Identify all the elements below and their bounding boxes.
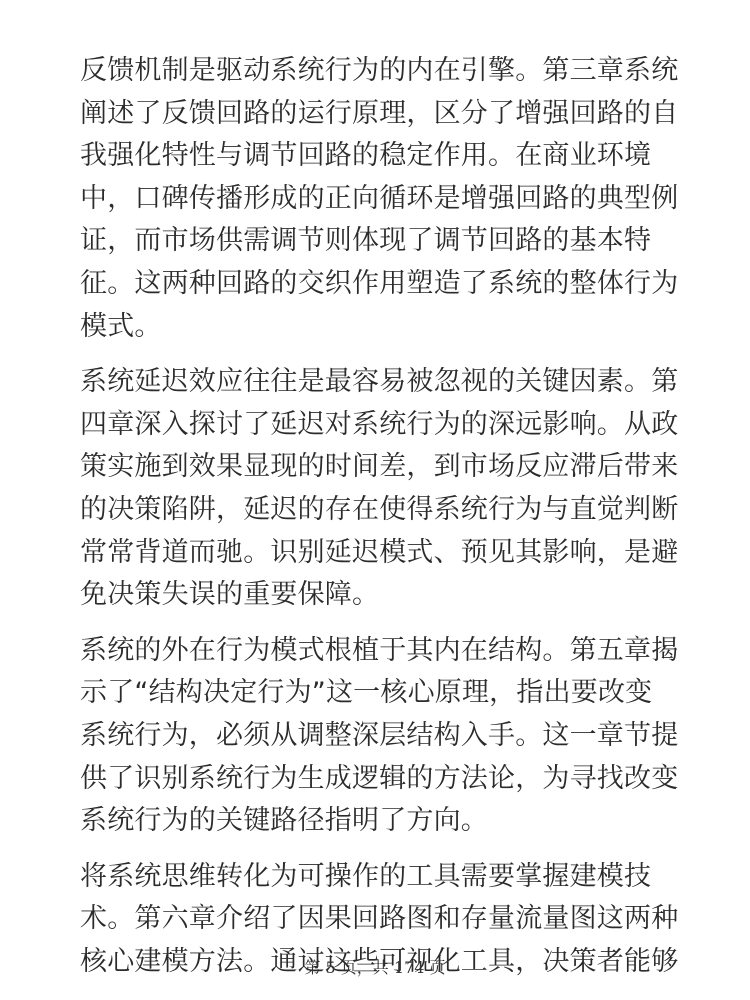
text-line: 术。第六章介绍了因果回路图和存量流量图这两种 (80, 898, 680, 941)
text-line: 系统的外在行为模式根植于其内在结构。第五章揭 (80, 630, 680, 673)
text-line: 系统行为的关键路径指明了方向。 (80, 800, 680, 843)
text-line: 将系统思维转化为可操作的工具需要掌握建模技 (80, 856, 680, 899)
page-indicator: 第 5 页，共 174 页 (304, 958, 445, 977)
text-line: 反馈机制是驱动系统行为的内在引擎。第三章系统 (80, 50, 680, 93)
text-line: 免决策失误的重要保障。 (80, 574, 680, 617)
paragraph-system-delays: 系统延迟效应往往是最容易被忽视的关键因素。第 四章深入探讨了延迟对系统行为的深远… (80, 361, 680, 617)
text-line: 模式。 (80, 306, 680, 349)
text-line: 示了“结构决定行为”这一核心原理，指出要改变 (80, 672, 680, 715)
text-line: 的决策陷阱，延迟的存在使得系统行为与直觉判断 (80, 489, 680, 532)
text-line: 中，口碑传播形成的正向循环是增强回路的典型例 (80, 178, 680, 221)
text-line: 常常背道而驰。识别延迟模式、预见其影响，是避 (80, 532, 680, 575)
paragraph-structure-behavior: 系统的外在行为模式根植于其内在结构。第五章揭 示了“结构决定行为”这一核心原理，… (80, 630, 680, 843)
text-line: 系统行为，必须从调整深层结构入手。这一章节提 (80, 715, 680, 758)
text-line: 供了识别系统行为生成逻辑的方法论，为寻找改变 (80, 758, 680, 801)
text-line: 证，而市场供需调节则体现了调节回路的基本特 (80, 220, 680, 263)
page-number-footer: 第 5 页，共 174 页 (0, 955, 750, 978)
text-line: 我强化特性与调节回路的稳定作用。在商业环境 (80, 135, 680, 178)
text-line: 阐述了反馈回路的运行原理，区分了增强回路的自 (80, 93, 680, 136)
paragraph-feedback-mechanisms: 反馈机制是驱动系统行为的内在引擎。第三章系统 阐述了反馈回路的运行原理，区分了增… (80, 50, 680, 348)
text-line: 系统延迟效应往往是最容易被忽视的关键因素。第 (80, 361, 680, 404)
text-line: 策实施到效果显现的时间差，到市场反应滞后带来 (80, 446, 680, 489)
text-line: 征。这两种回路的交织作用塑造了系统的整体行为 (80, 263, 680, 306)
text-line: 四章深入探讨了延迟对系统行为的深远影响。从政 (80, 404, 680, 447)
document-page: 反馈机制是驱动系统行为的内在引擎。第三章系统 阐述了反馈回路的运行原理，区分了增… (80, 50, 680, 996)
